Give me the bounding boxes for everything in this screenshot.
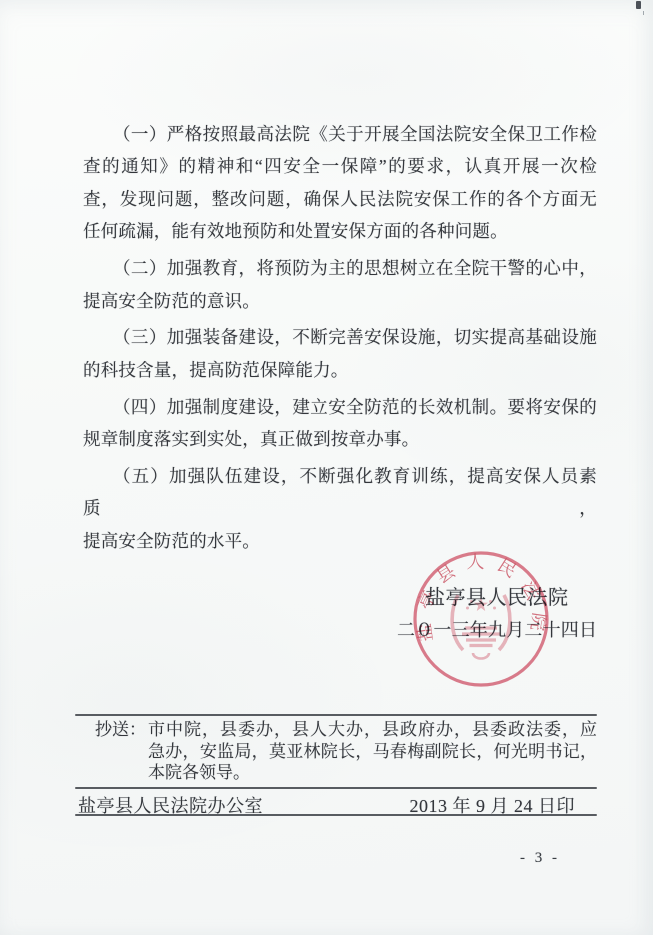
cc-line-3: 本院各领导。 [148, 762, 597, 784]
cc-list: 市中院，县委办，县人大办，县政府办，县委政法委，应 急办，安监局，莫亚林院长，马… [148, 719, 597, 784]
paragraph-2-line-1: （二）加强教育，将预防为主的思想树立在全院干警的心中， [83, 252, 597, 284]
cc-line-1: 市中院，县委办，县人大办，县政府办，县委政法委，应 [148, 719, 597, 741]
paragraph-2-line-2: 提高安全防范的意识。 [83, 285, 597, 317]
national-emblem-icon [452, 595, 510, 659]
cc-line-2: 急办，安监局，莫亚林院长，马春梅副院长，何光明书记， [148, 741, 597, 763]
paragraph-2: （二）加强教育，将预防为主的思想树立在全院干警的心中， 提高安全防范的意识。 [83, 252, 597, 317]
paragraph-5-line-1: （五）加强队伍建设，不断强化教育训练，提高安保人员素质， [83, 460, 597, 525]
paragraph-1-line-1: （一）严格按照最高法院《关于开展全国法院安全保卫工作检 [83, 118, 597, 150]
cc-row: 抄送： 市中院，县委办，县人大办，县政府办，县委政法委，应 急办，安监局，莫亚林… [95, 719, 597, 784]
paragraph-1: （一）严格按照最高法院《关于开展全国法院安全保卫工作检 查的通知》的精神和“四安… [83, 118, 597, 248]
page-number: - 3 - [520, 850, 560, 867]
paragraph-3: （三）加强装备建设，不断完善安保设施，切实提高基础设施 的科技含量，提高防范保障… [83, 321, 597, 386]
paragraph-4-line-2: 规章制度落实到实处，真正做到按章办事。 [83, 423, 597, 455]
paragraph-4: （四）加强制度建设，建立安全防范的长效机制。要将安保的 规章制度落实到实处，真正… [83, 391, 597, 456]
divider-middle [75, 787, 597, 789]
paragraph-4-line-1: （四）加强制度建设，建立安全防范的长效机制。要将安保的 [83, 391, 597, 423]
divider-top [75, 714, 597, 716]
document-page: （一）严格按照最高法院《关于开展全国法院安全保卫工作检 查的通知》的精神和“四安… [0, 0, 653, 935]
official-seal-icon: 盐亭县人民法院 [406, 544, 556, 694]
paragraph-3-line-1: （三）加强装备建设，不断完善安保设施，切实提高基础设施 [83, 321, 597, 353]
paragraph-1-line-4: 任何疏漏，能有效地预防和处置安保方面的各种问题。 [83, 215, 597, 247]
document-body: （一）严格按照最高法院《关于开展全国法院安全保卫工作检 查的通知》的精神和“四安… [83, 118, 597, 562]
scan-speck [636, 1, 641, 9]
paragraph-1-line-3: 查，发现问题，整改问题，确保人民法院安保工作的各个方面无 [83, 183, 597, 215]
divider-bottom [75, 814, 597, 816]
cc-label: 抄送： [95, 719, 148, 741]
paragraph-5: （五）加强队伍建设，不断强化教育训练，提高安保人员素质， 提高安全防范的水平。 [83, 460, 597, 557]
paragraph-1-line-2: 查的通知》的精神和“四安全一保障”的要求，认真开展一次检 [83, 150, 597, 182]
paragraph-3-line-2: 的科技含量，提高防范保障能力。 [83, 354, 597, 386]
